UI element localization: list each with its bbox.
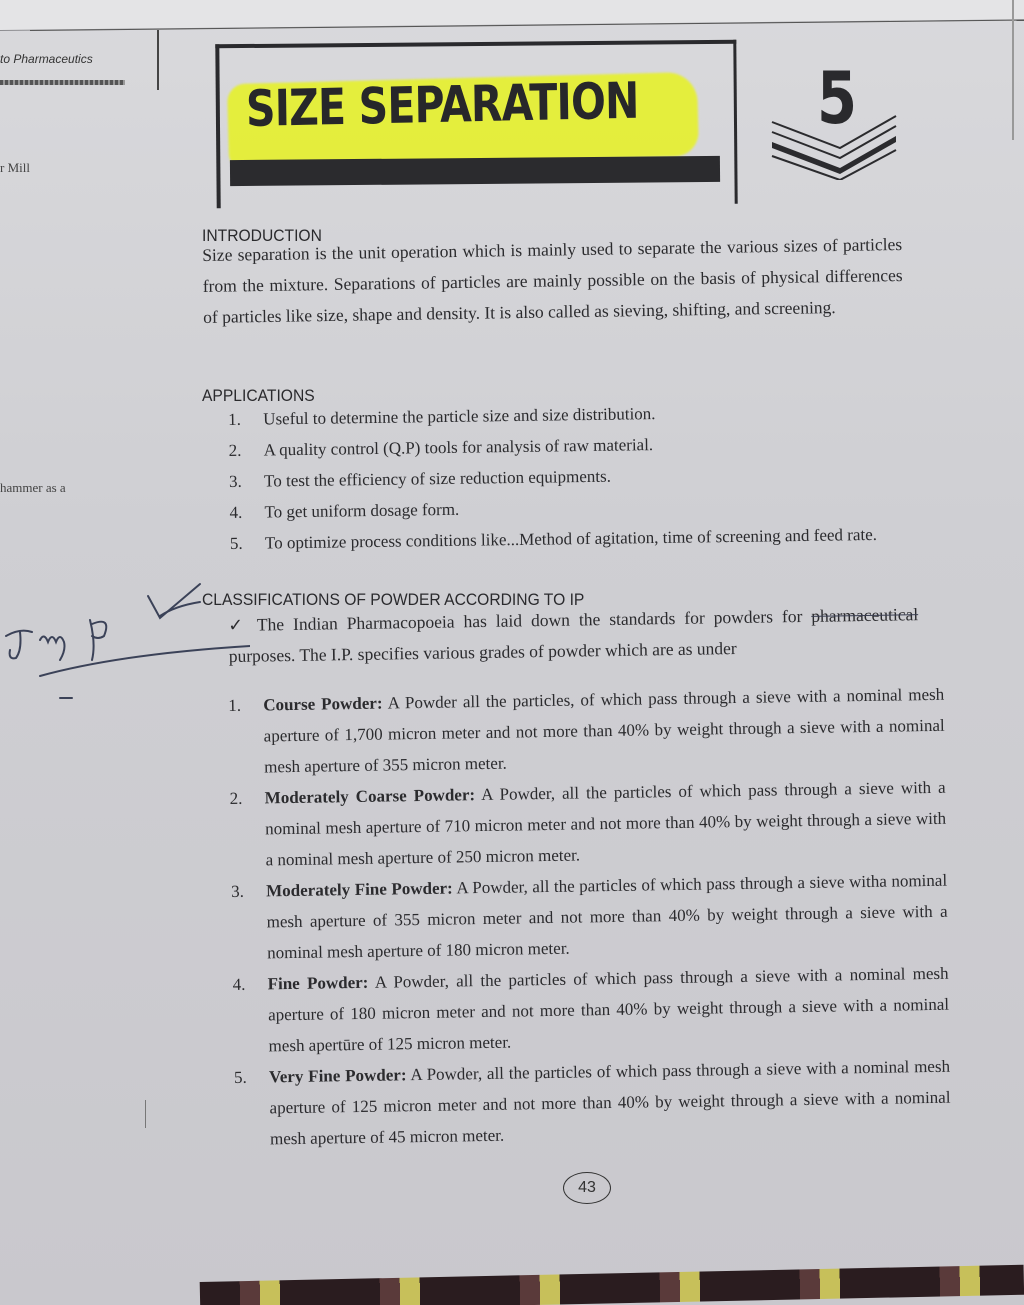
page-gutter-line <box>157 30 159 90</box>
chapter-title: SIZE SEPARATION <box>246 72 639 138</box>
classifications-intro: ✓ The Indian Pharmacopoeia has laid down… <box>228 599 919 672</box>
page-top-edge <box>0 0 1024 31</box>
list-item: 1.Course Powder: A Powder all the partic… <box>228 679 945 783</box>
applications-list: 1.Useful to determine the particle size … <box>228 394 920 559</box>
list-item: 3.Moderately Fine Powder: A Powder, all … <box>231 865 948 969</box>
margin-note: hammer as a <box>0 480 66 496</box>
checkmark-icon: ✓ <box>228 610 248 641</box>
powder-grades-list: 1.Course Powder: A Powder all the partic… <box>228 679 951 1155</box>
list-item: 5.Very Fine Powder: A Powder, all the pa… <box>234 1051 951 1155</box>
introduction-paragraph: Size separation is the unit operation wh… <box>202 229 903 333</box>
chapter-title-bar <box>230 156 720 186</box>
page-right-edge <box>1012 0 1014 140</box>
margin-note: r Mill <box>0 160 30 176</box>
list-item: 2.Moderately Coarse Powder: A Powder, al… <box>229 772 946 876</box>
running-head-rule <box>0 80 125 85</box>
list-item: 4.Fine Powder: A Powder, all the particl… <box>232 958 949 1062</box>
margin-mark <box>145 1100 146 1128</box>
chevron-stack-icon <box>770 110 900 180</box>
page-number: 43 <box>563 1172 611 1204</box>
background-fabric <box>200 1265 1024 1305</box>
running-head: to Pharmaceutics <box>0 52 93 66</box>
